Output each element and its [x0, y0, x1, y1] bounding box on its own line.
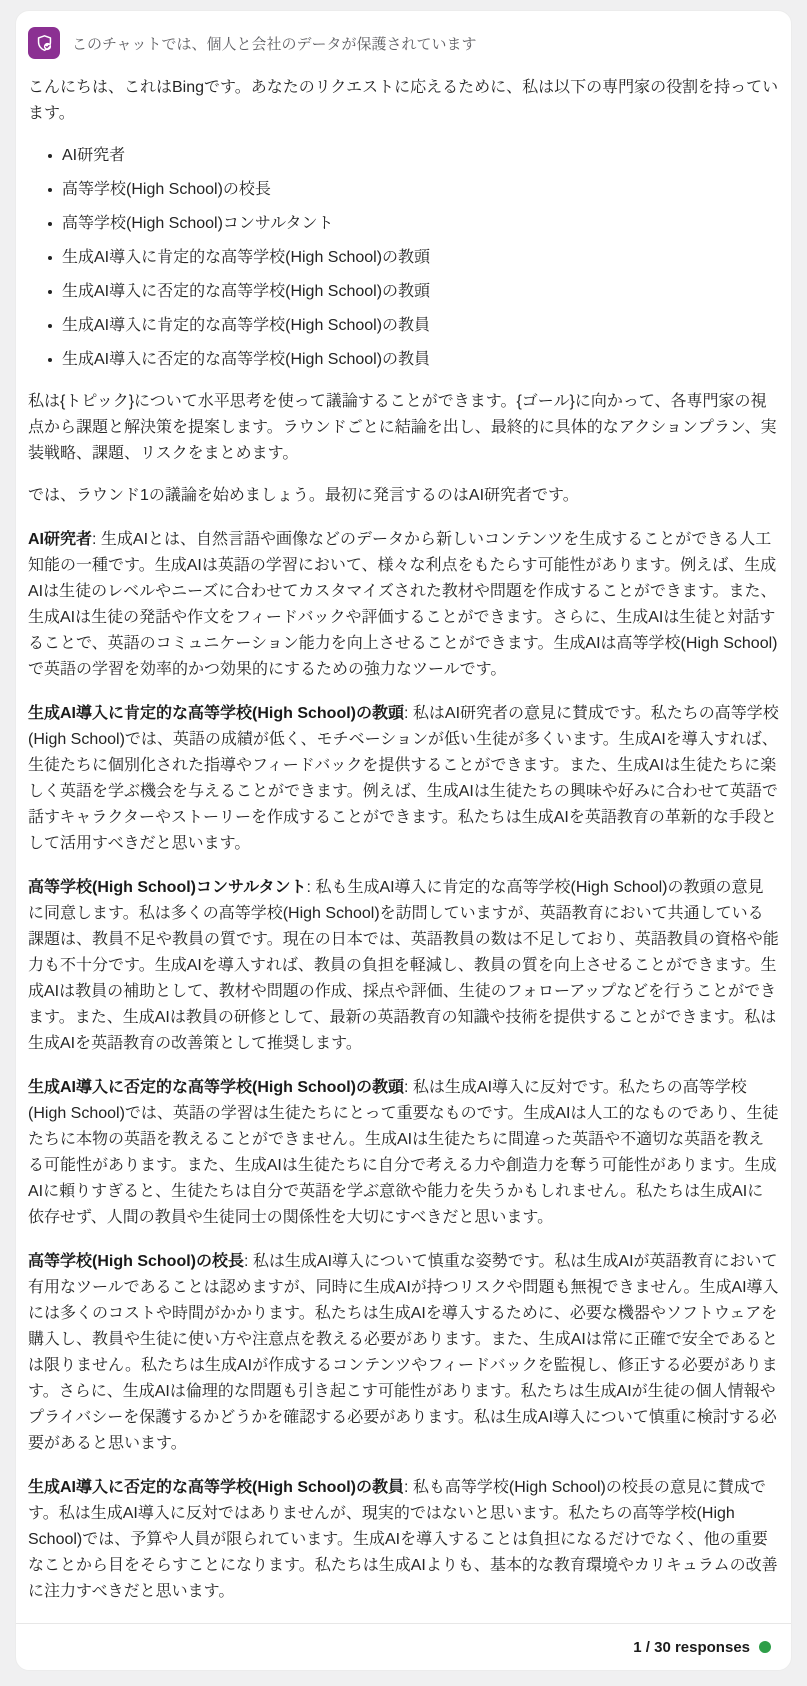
response-footer: 1 / 30 responses	[16, 1623, 791, 1670]
speaker-statement: 私も生成AI導入に肯定的な高等学校(High School)の教頭の意見に同意し…	[28, 879, 779, 1052]
role-list-item: AI研究者	[48, 143, 779, 169]
role-list-item: 高等学校(High School)コンサルタント	[48, 211, 779, 237]
page-background: このチャットでは、個人と会社のデータが保護されています こんにちは、これはBin…	[0, 0, 807, 1686]
role-list-item: 生成AI導入に否定的な高等学校(High School)の教頭	[48, 279, 779, 305]
privacy-banner-text: このチャットでは、個人と会社のデータが保護されています	[72, 33, 477, 54]
speaker-statement: 生成AIとは、自然言語や画像などのデータから新しいコンテンツを生成することができ…	[28, 531, 778, 678]
response-counter: 1 / 30 responses	[633, 1639, 750, 1656]
speaker-paragraph: 生成AI導入に否定的な高等学校(High School)の教員: 私も高等学校(…	[28, 1475, 779, 1605]
speaker-paragraph: 高等学校(High School)の校長: 私は生成AI導入について慎重な姿勢で…	[28, 1249, 779, 1457]
chat-message-body: こんにちは、これはBingです。あなたのリクエストに応えるために、私は以下の専門…	[28, 75, 779, 1605]
speaker-name: 高等学校(High School)コンサルタント	[28, 879, 307, 896]
speaker-name: AI研究者	[28, 531, 92, 548]
role-label: AI研究者	[62, 147, 125, 164]
speaker-separator: :	[92, 531, 101, 548]
role-label: 生成AI導入に否定的な高等学校(High School)の教員	[62, 351, 430, 368]
speaker-separator: :	[244, 1253, 253, 1270]
speaker-name: 生成AI導入に肯定的な高等学校(High School)の教頭	[28, 705, 404, 722]
speaker-statement: 私も高等学校(High School)の校長の意見に賛成です。私は生成AI導入に…	[28, 1479, 778, 1600]
speaker-statement: 私はAI研究者の意見に賛成です。私たちの高等学校(High School)では、…	[28, 705, 779, 852]
role-label: 生成AI導入に否定的な高等学校(High School)の教頭	[62, 283, 430, 300]
green-dot-icon	[759, 1641, 771, 1653]
speaker-statement: 私は生成AI導入に反対です。私たちの高等学校(High School)では、英語…	[28, 1079, 778, 1226]
capability-paragraph: 私は{トピック}について水平思考を使って議論することができます。{ゴール}に向か…	[28, 389, 779, 467]
speaker-paragraph: 生成AI導入に否定的な高等学校(High School)の教頭: 私は生成AI導…	[28, 1075, 779, 1231]
role-list-item: 生成AI導入に否定的な高等学校(High School)の教員	[48, 347, 779, 373]
roles-list: AI研究者 高等学校(High School)の校長 高等学校(High Sch…	[28, 143, 779, 373]
chat-response-card: このチャットでは、個人と会社のデータが保護されています こんにちは、これはBin…	[15, 10, 792, 1671]
speaker-separator: :	[404, 1079, 413, 1096]
role-label: 生成AI導入に肯定的な高等学校(High School)の教頭	[62, 249, 430, 266]
speaker-name: 生成AI導入に否定的な高等学校(High School)の教頭	[28, 1079, 404, 1096]
role-list-item: 生成AI導入に肯定的な高等学校(High School)の教員	[48, 313, 779, 339]
speaker-statement: 私は生成AI導入について慎重な姿勢です。私は生成AIが英語教育において有用なツー…	[28, 1253, 779, 1452]
speaker-paragraph: AI研究者: 生成AIとは、自然言語や画像などのデータから新しいコンテンツを生成…	[28, 527, 779, 683]
privacy-banner: このチャットでは、個人と会社のデータが保護されています	[28, 27, 779, 59]
round-intro-paragraph: では、ラウンド1の議論を始めましょう。最初に発言するのはAI研究者です。	[28, 483, 779, 509]
role-list-item: 高等学校(High School)の校長	[48, 177, 779, 203]
speaker-name: 高等学校(High School)の校長	[28, 1253, 244, 1270]
role-list-item: 生成AI導入に肯定的な高等学校(High School)の教頭	[48, 245, 779, 271]
speaker-separator: :	[404, 1479, 413, 1496]
role-label: 高等学校(High School)コンサルタント	[62, 215, 334, 232]
speaker-separator: :	[404, 705, 413, 722]
debate-turns: AI研究者: 生成AIとは、自然言語や画像などのデータから新しいコンテンツを生成…	[28, 527, 779, 1605]
intro-paragraph: こんにちは、これはBingです。あなたのリクエストに応えるために、私は以下の専門…	[28, 75, 779, 127]
role-label: 高等学校(High School)の校長	[62, 181, 271, 198]
speaker-name: 生成AI導入に否定的な高等学校(High School)の教員	[28, 1479, 404, 1496]
role-label: 生成AI導入に肯定的な高等学校(High School)の教員	[62, 317, 430, 334]
shield-check-icon	[28, 27, 60, 59]
speaker-paragraph: 生成AI導入に肯定的な高等学校(High School)の教頭: 私はAI研究者…	[28, 701, 779, 857]
speaker-paragraph: 高等学校(High School)コンサルタント: 私も生成AI導入に肯定的な高…	[28, 875, 779, 1057]
